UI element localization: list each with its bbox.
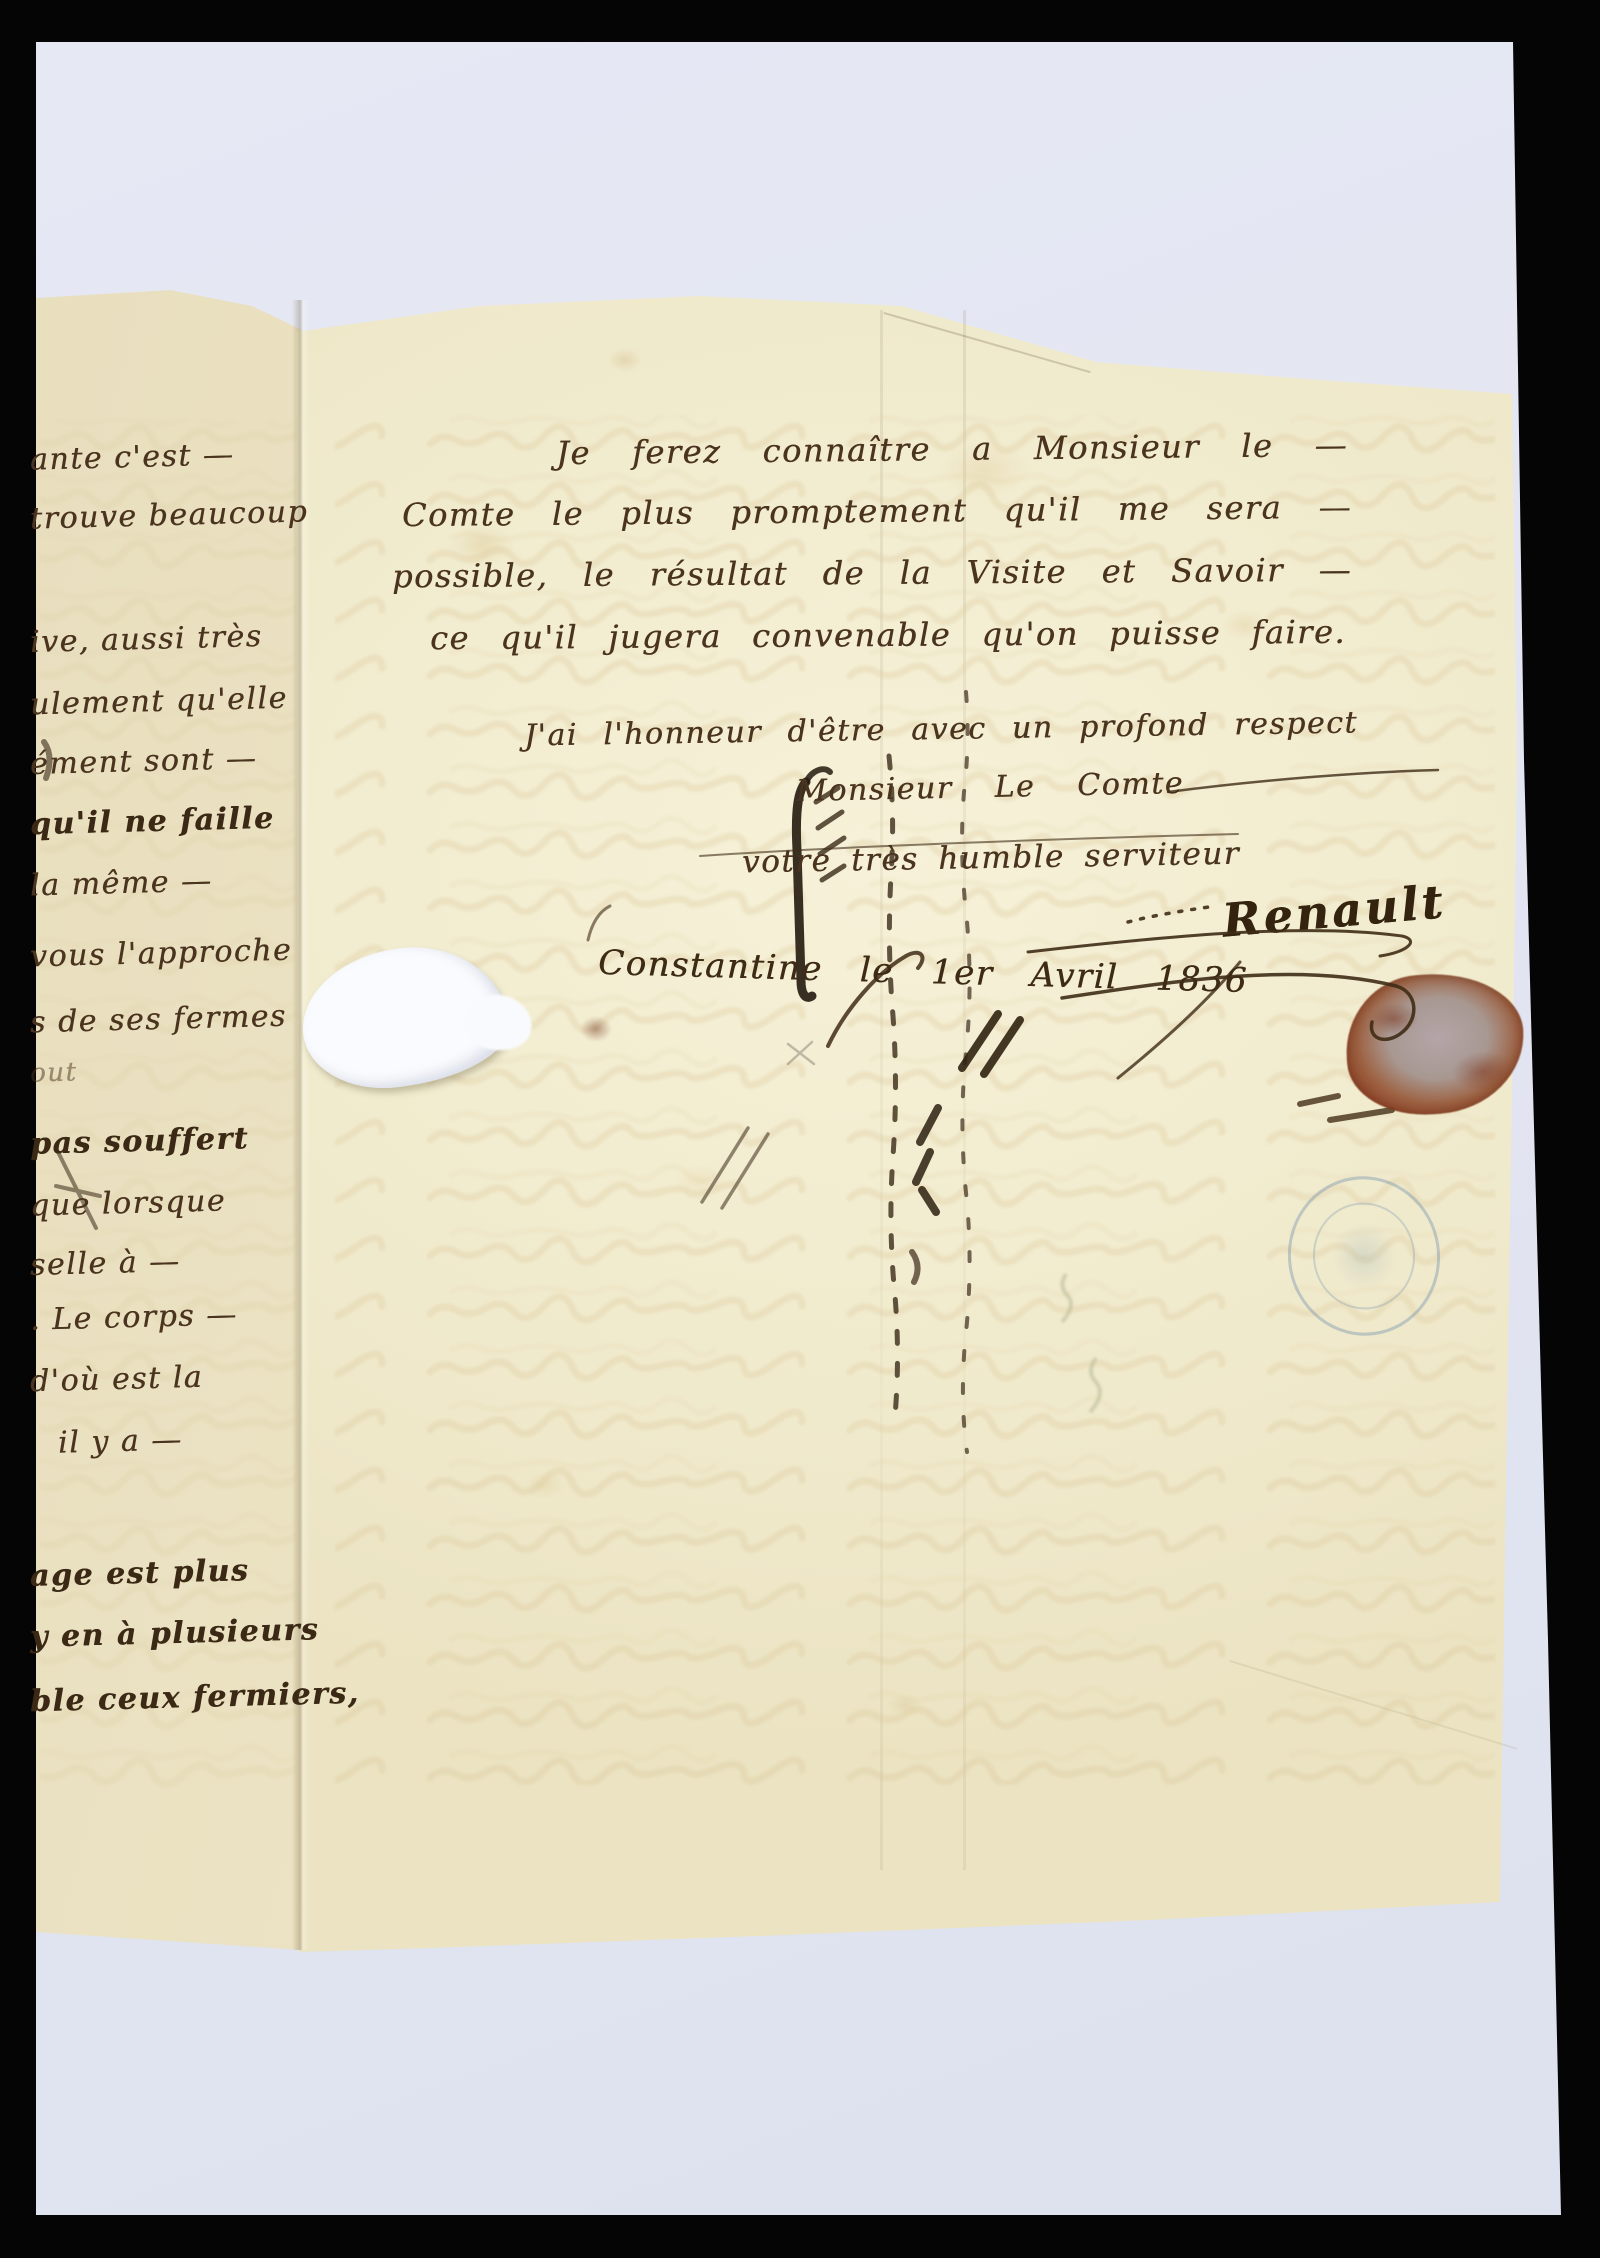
photographed-letter: ante c'est — trouve beaucoup ive, aussi …	[0, 0, 1600, 2258]
left-page-fragment: ante c'est —	[30, 437, 235, 478]
left-page-fragment: ive, aussi très	[30, 619, 263, 661]
left-page-fragment: y en à plusieurs	[30, 1612, 320, 1656]
left-page-fragment: s de ses fermes	[30, 999, 288, 1042]
left-page-fragment: trouve beaucoup	[30, 494, 309, 537]
left-page-fragment: ulement qu'elle	[30, 681, 289, 724]
left-page-fragment: il y a —	[58, 1422, 184, 1461]
left-page-fragment: selle à —	[30, 1244, 181, 1284]
letter-body-line: ce qu'il jugera convenable qu'on puisse …	[430, 613, 1346, 658]
left-page-fragment: vous l'approche	[30, 933, 293, 976]
left-page-fragment: pas souffert	[30, 1121, 250, 1163]
left-page-fragment: . Le corps —	[30, 1297, 238, 1338]
left-page-fragment: la même —	[30, 864, 213, 905]
ink-stain	[580, 1016, 612, 1042]
left-page-fragment: que lorsque	[30, 1183, 227, 1224]
left-page-fragment: ément sont —	[30, 741, 258, 783]
left-page-fragment: age est plus	[30, 1553, 250, 1595]
left-page-fragment: qu'il ne faille	[30, 801, 276, 843]
left-page-fragment: d'où est la	[30, 1360, 204, 1401]
left-page-fragment: out	[30, 1057, 78, 1089]
letter-body-line: possible, le résultat de la Visite et Sa…	[392, 551, 1352, 596]
